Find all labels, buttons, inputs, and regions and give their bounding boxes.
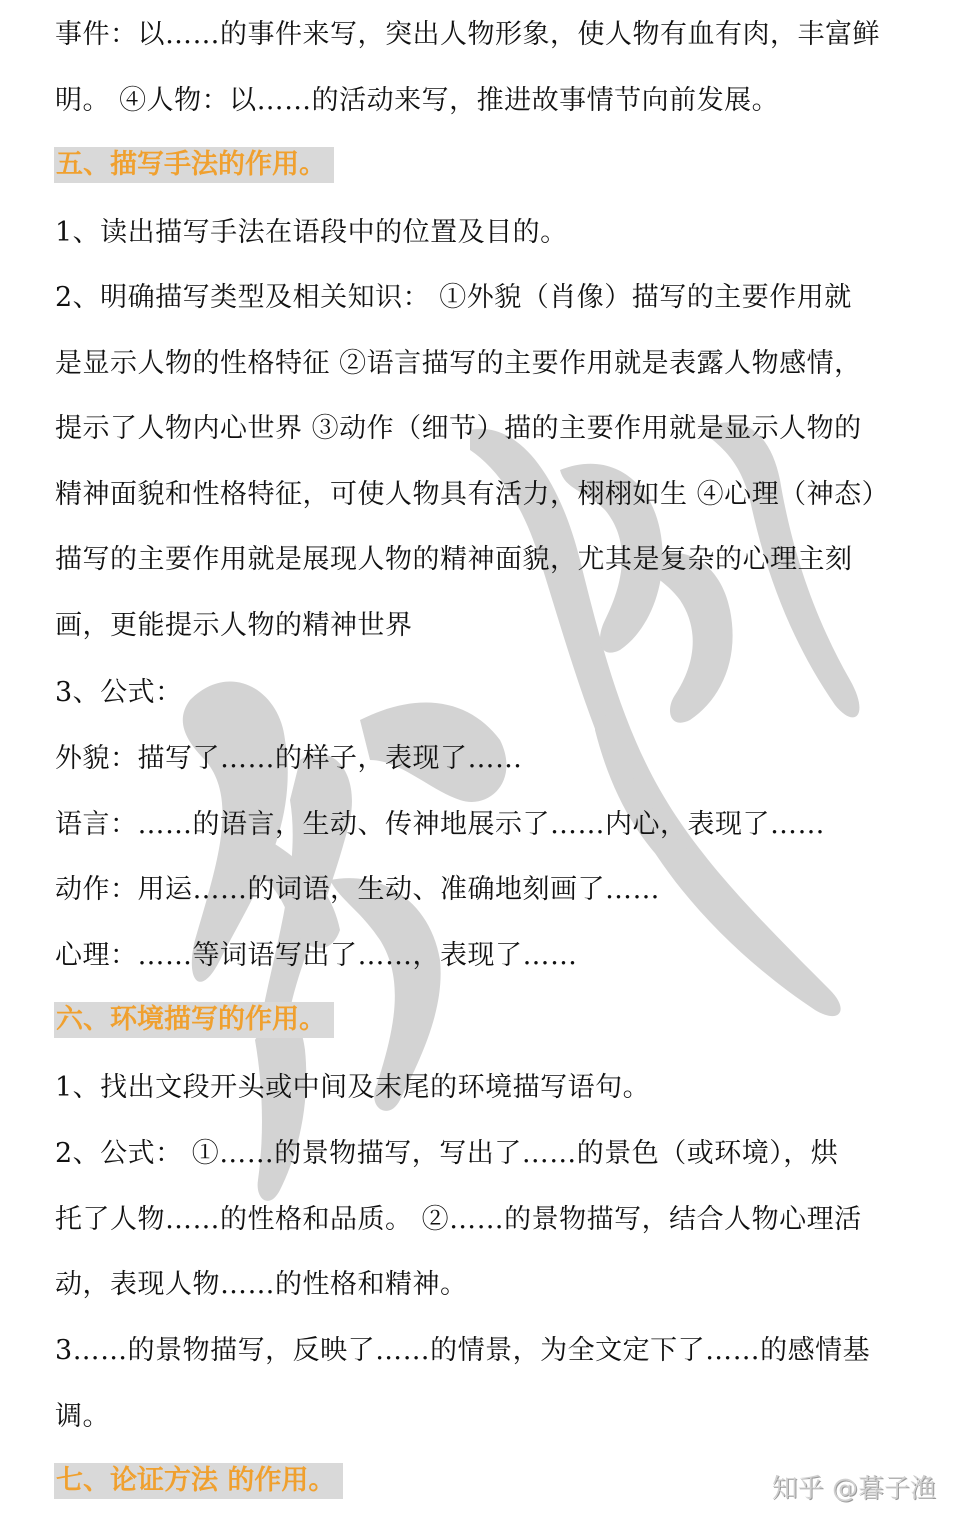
paragraph-line: 心理：……等词语写出了……，表现了…… [55, 939, 578, 973]
section-heading-7: 七、论证方法 的作用。 [54, 1463, 343, 1499]
zhihu-credit-watermark: 知乎 @暮子渔 [772, 1468, 936, 1505]
section-heading-5: 五、描写手法的作用。 [54, 147, 334, 183]
paragraph-line: 事件：以……的事件来写，突出人物形象，使人物有血有肉，丰富鲜 [55, 18, 880, 52]
paragraph-line: 明。 ④人物：以……的活动来写，推进故事情节向前发展。 [55, 84, 779, 118]
paragraph-line: 精神面貌和性格特征，可使人物具有活力，栩栩如生 ④心理（神态） [55, 478, 889, 512]
paragraph-line: 动，表现人物……的性格和精神。 [55, 1268, 468, 1302]
paragraph-line: 1、找出文段开头或中间及末尾的环境描写语句。 [55, 1071, 650, 1105]
paragraph-line: 动作：用运……的词语，生动、准确地刻画了…… [55, 873, 660, 907]
paragraph-line: 托了人物……的性格和品质。 ②……的景物描写，结合人物心理活 [55, 1203, 862, 1237]
paragraph-line: 提示了人物内心世界 ③动作（细节）描的主要作用就是显示人物的 [55, 412, 862, 446]
paragraph-line: 1、读出描写手法在语段中的位置及目的。 [55, 216, 568, 250]
paragraph-line: 3……的景物描写，反映了……的情景，为全文定下了……的感情基 [55, 1334, 870, 1368]
paragraph-line: 调。 [55, 1400, 110, 1434]
section-heading-6: 六、环境描写的作用。 [54, 1002, 334, 1038]
paragraph-line: 2、明确描写类型及相关知识： ①外貌（肖像）描写的主要作用就 [55, 281, 852, 315]
paragraph-line: 外貌：描写了……的样子，表现了…… [55, 742, 523, 776]
paragraph-line: 语言：……的语言，生动、传神地展示了……内心，表现了…… [55, 808, 825, 842]
paragraph-line: 2、公式： ①……的景物描写，写出了……的景色（或环境），烘 [55, 1137, 838, 1171]
paragraph-line: 是显示人物的性格特征 ②语言描写的主要作用就是表露人物感情， [55, 347, 862, 381]
paragraph-line: 3、公式： [55, 676, 183, 710]
paragraph-line: 描写的主要作用就是展现人物的精神面貌，尤其是复杂的心理主刻 [55, 543, 853, 577]
paragraph-line: 画，更能提示人物的精神世界 [55, 609, 413, 643]
